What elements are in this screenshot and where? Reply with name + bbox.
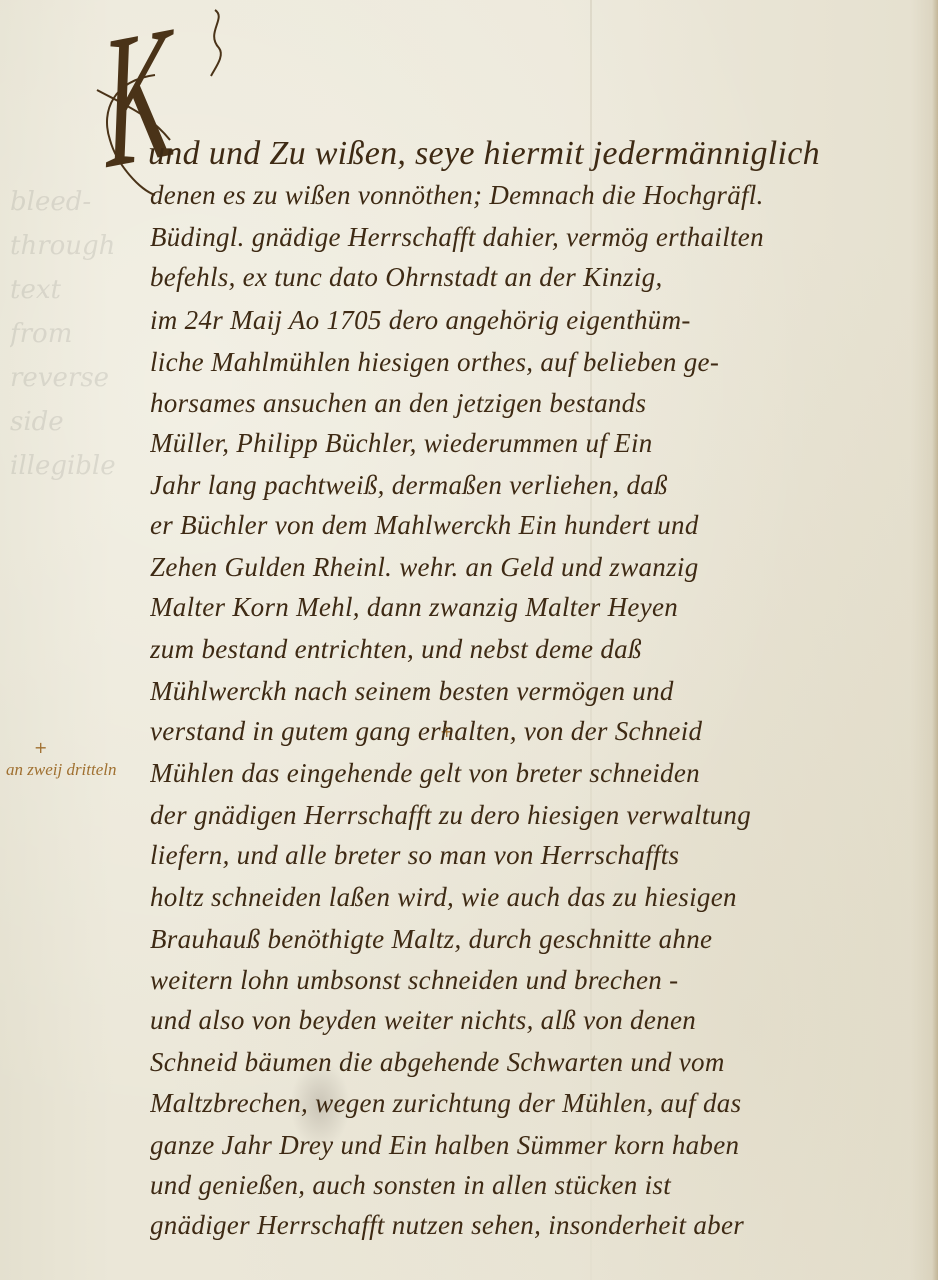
manuscript-line: Mühlen das eingehende gelt von breter sc…: [150, 758, 920, 789]
manuscript-line: gnädiger Herrschafft nutzen sehen, inson…: [150, 1210, 920, 1241]
manuscript-line: der gnädigen Herrschafft zu dero hiesige…: [150, 800, 920, 831]
manuscript-line: er Büchler von dem Mahlwerckh Ein hunder…: [150, 510, 920, 541]
manuscript-line: und und Zu wißen, seye hiermit jedermänn…: [148, 135, 918, 173]
manuscript-line: Malter Korn Mehl, dann zwanzig Malter He…: [150, 592, 920, 623]
manuscript-line: zum bestand entrichten, und nebst deme d…: [150, 634, 920, 665]
manuscript-line: weitern lohn umbsonst schneiden und brec…: [150, 965, 920, 996]
manuscript-line: holtz schneiden laßen wird, wie auch das…: [150, 882, 920, 913]
manuscript-page: bleed-through text from reverse side ill…: [0, 0, 938, 1280]
manuscript-line: ganze Jahr Drey und Ein halben Sümmer ko…: [150, 1130, 920, 1161]
manuscript-line: verstand in gutem gang erhalten, von der…: [150, 716, 920, 747]
manuscript-line: Brauhauß benöthigte Maltz, durch geschni…: [150, 924, 920, 955]
manuscript-line: Zehen Gulden Rheinl. wehr. an Geld und z…: [150, 552, 920, 583]
manuscript-line: und genießen, auch sonsten in allen stüc…: [150, 1170, 920, 1201]
manuscript-line: Büdingl. gnädige Herrschafft dahier, ver…: [150, 222, 920, 253]
manuscript-line: Maltzbrechen, wegen zurichtung der Mühle…: [150, 1088, 920, 1119]
manuscript-line: befehls, ex tunc dato Ohrnstadt an der K…: [150, 262, 920, 293]
manuscript-line: horsames ansuchen an den jetzigen bestan…: [150, 388, 920, 419]
manuscript-body: und und Zu wißen, seye hiermit jedermänn…: [0, 0, 938, 1280]
manuscript-line-dated: im 24r Maij Ao 1705 dero angehörig eigen…: [150, 305, 920, 336]
manuscript-line: und also von beyden weiter nichts, alß v…: [150, 1005, 920, 1036]
manuscript-line: liefern, und alle breter so man von Herr…: [150, 840, 920, 871]
manuscript-line: Müller, Philipp Büchler, wiederummen uf …: [150, 428, 920, 459]
manuscript-line: liche Mahlmühlen hiesigen orthes, auf be…: [150, 347, 920, 378]
manuscript-line: Schneid bäumen die abgehende Schwarten u…: [150, 1047, 920, 1078]
manuscript-line: Jahr lang pachtweiß, dermaßen verliehen,…: [150, 470, 920, 501]
manuscript-line: Mühlwerckh nach seinem besten vermögen u…: [150, 676, 920, 707]
manuscript-line: denen es zu wißen vonnöthen; Demnach die…: [150, 180, 920, 211]
